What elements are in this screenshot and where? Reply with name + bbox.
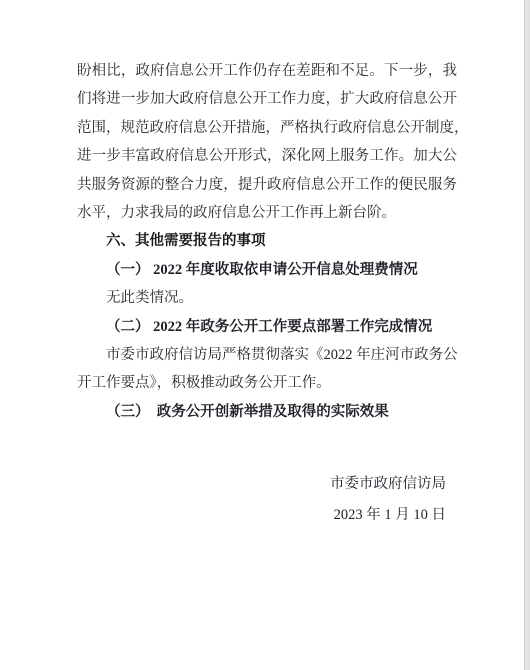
item-1-body: 无此类情况。	[77, 284, 457, 312]
signature-organization: 市委市政府信访局	[77, 469, 446, 500]
page-edge-background	[524, 0, 530, 670]
document-text-block: 盼相比，政府信息公开工作仍存在差距和不足。下一步，我 们将进一步加大政府信息公开…	[77, 57, 457, 531]
document-page: 盼相比，政府信息公开工作仍存在差距和不足。下一步，我 们将进一步加大政府信息公开…	[0, 0, 530, 670]
item-3-heading: （三） 政务公开创新举措及取得的实际效果	[77, 398, 457, 426]
paragraph-line: 范围，规范政府信息公开措施，严格执行政府信息公开制度，	[77, 114, 457, 142]
signature-date: 2023 年 1 月 10 日	[77, 500, 446, 531]
paragraph-line: 市委市政府信访局严格贯彻落实《2022 年庄河市政务公	[77, 341, 457, 369]
section-6-heading: 六、其他需要报告的事项	[77, 227, 457, 255]
paragraph-line: 共服务资源的整合力度，提升政府信息公开工作的便民服务	[77, 171, 457, 199]
continuation-paragraph: 盼相比，政府信息公开工作仍存在差距和不足。下一步，我 们将进一步加大政府信息公开…	[77, 57, 457, 227]
item-2-heading: （二） 2022 年政务公开工作要点部署工作完成情况	[77, 313, 457, 341]
paragraph-line: 盼相比，政府信息公开工作仍存在差距和不足。下一步，我	[77, 57, 457, 85]
paragraph-line: 开工作要点》，积极推动政务公开工作。	[77, 369, 457, 397]
paragraph-line: 们将进一步加大政府信息公开工作力度，扩大政府信息公开	[77, 85, 457, 113]
paragraph-line: 水平，力求我局的政府信息公开工作再上新台阶。	[77, 199, 457, 227]
item-1-heading: （一） 2022 年度收取依申请公开信息处理费情况	[77, 256, 457, 284]
item-2-body: 市委市政府信访局严格贯彻落实《2022 年庄河市政务公 开工作要点》，积极推动政…	[77, 341, 457, 398]
signature-block: 市委市政府信访局 2023 年 1 月 10 日	[77, 469, 457, 531]
paragraph-line: 进一步丰富政府信息公开形式，深化网上服务工作。加大公	[77, 142, 457, 170]
